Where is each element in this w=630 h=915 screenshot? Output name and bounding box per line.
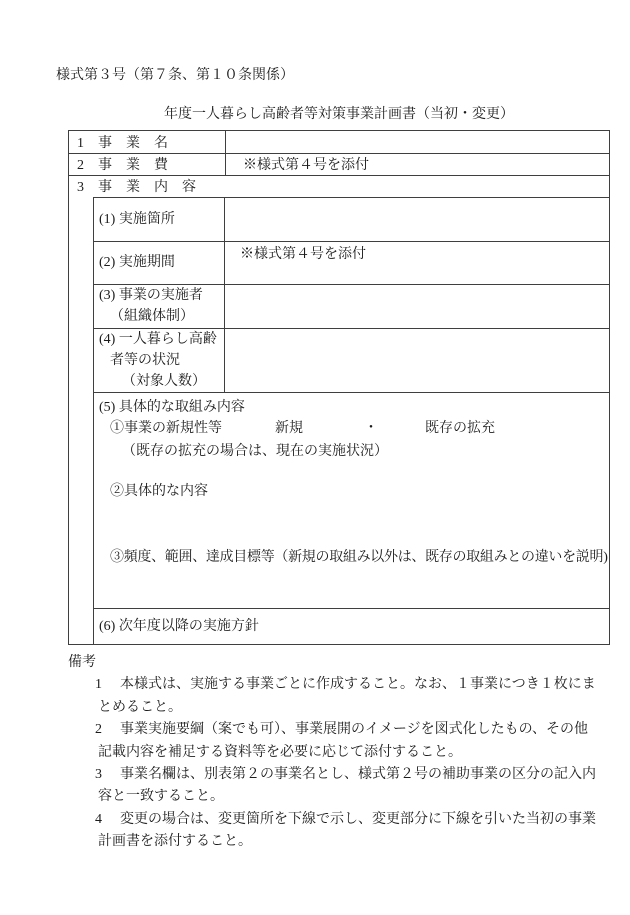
remark-4-line2: 計画書を添付すること。 xyxy=(98,831,608,853)
elderly-status-label-line3: （対象人数） xyxy=(99,371,224,392)
document-page: 様式第３号（第７条、第１０条関係） 年度一人暮らし高齢者等対策事業計画書（当初・… xyxy=(0,0,630,915)
subrow-elderly-status: (4) 一人暮らし高齢 者等の状況 （対象人数） xyxy=(94,328,609,392)
implementation-period-note: ※様式第４号を添付 xyxy=(225,242,609,285)
remark-4-number: 4 xyxy=(95,809,102,831)
business-cost-note: ※様式第４号を添付 xyxy=(226,154,609,175)
option-separator-dot: ・ xyxy=(364,419,378,439)
frequency-scope-goals-label: ③頻度、範囲、達成目標等（新規の取組み以外は、既存の取組みとの違いを説明) xyxy=(94,548,609,568)
document-title: 年度一人暮らし高齢者等対策事業計画書（当初・変更） xyxy=(68,105,610,125)
remark-4-line1: 変更の場合は、変更箇所を下線で示し、変更部分に下線を引いた当初の事業 xyxy=(120,809,608,831)
specific-initiatives-heading: (5) 具体的な取組み内容 xyxy=(94,393,609,418)
table-row-business-cost: 2 事 業 費 ※様式第４号を添付 xyxy=(69,153,609,175)
remark-1-line2: とめること。 xyxy=(98,697,608,719)
subrow-next-year-policy: (6) 次年度以降の実施方針 xyxy=(94,608,609,645)
subrow-specific-initiatives: (5) 具体的な取組み内容 ①事業の新規性等 新規 ・ 既存の拡充 （既存の拡充… xyxy=(94,392,609,608)
remark-item-4: 4 変更の場合は、変更箇所を下線で示し、変更部分に下線を引いた当初の事業 計画書… xyxy=(68,809,608,854)
business-content-body: (1) 実施箇所 (2) 実施期間 ※様式第４号を添付 (3) 事業の実施者 （… xyxy=(69,197,609,645)
remark-2-line2: 記載内容を補足する資料等を必要に応じて添付すること。 xyxy=(98,742,608,764)
elderly-status-label: (4) 一人暮らし高齢 者等の状況 （対象人数） xyxy=(94,329,225,392)
next-year-policy-label: (6) 次年度以降の実施方針 xyxy=(94,609,609,637)
table-row-business-name: 1 事 業 名 xyxy=(69,131,609,153)
remarks-heading: 備考 xyxy=(68,652,608,674)
remarks-section: 備考 1 本様式は、実施する事業ごとに作成すること。なお、１事業につき１枚にま … xyxy=(68,652,608,854)
specific-content-label: ②具体的な内容 xyxy=(94,482,609,502)
remark-1-line1: 本様式は、実施する事業ごとに作成すること。なお、１事業につき１枚にま xyxy=(120,674,608,696)
implementation-site-label: (1) 実施箇所 xyxy=(94,198,225,241)
implementation-site-field xyxy=(225,198,609,241)
elderly-status-label-line1: (4) 一人暮らし高齢 xyxy=(99,329,224,350)
implementation-period-label: (2) 実施期間 xyxy=(94,242,225,285)
remark-2-line1: 事業実施要綱（案でも可）、事業展開のイメージを図式化したもの、その他 xyxy=(120,719,608,741)
remark-item-3: 3 事業名欄は、別表第２の事業名とし、様式第２号の補助事業の区分の記入内 容と一… xyxy=(68,764,608,809)
form-number: 様式第３号（第７条、第１０条関係） xyxy=(56,66,294,86)
subrow-implementer: (3) 事業の実施者 （組織体制） xyxy=(94,284,609,328)
remark-2-number: 2 xyxy=(95,719,102,741)
business-plan-table: 1 事 業 名 2 事 業 費 ※様式第４号を添付 3 事 業 内 容 (1) … xyxy=(68,130,610,645)
table-row-business-content-header: 3 事 業 内 容 xyxy=(69,175,609,197)
remark-1-number: 1 xyxy=(95,674,102,696)
novelty-label: ①事業の新規性等 xyxy=(110,421,222,436)
implementer-label-line2: （組織体制） xyxy=(99,306,224,327)
business-content-subtable: (1) 実施箇所 (2) 実施期間 ※様式第４号を添付 (3) 事業の実施者 （… xyxy=(93,197,609,645)
elderly-status-field xyxy=(225,329,609,392)
novelty-line: ①事業の新規性等 新規 ・ 既存の拡充 xyxy=(94,419,609,439)
implementer-label: (3) 事業の実施者 （組織体制） xyxy=(94,285,225,328)
subrow-implementation-site: (1) 実施箇所 xyxy=(94,198,609,241)
remark-3-line1: 事業名欄は、別表第２の事業名とし、様式第２号の補助事業の区分の記入内 xyxy=(120,764,608,786)
business-cost-label: 2 事 業 費 xyxy=(69,154,226,175)
business-name-label: 1 事 業 名 xyxy=(69,131,226,153)
row-number-gutter xyxy=(69,197,93,645)
option-existing-expansion: 既存の拡充 xyxy=(425,419,495,439)
business-name-field xyxy=(226,131,609,153)
remark-3-number: 3 xyxy=(95,764,102,786)
elderly-status-label-line2: 者等の状況 xyxy=(99,350,224,371)
option-new: 新規 xyxy=(275,419,303,439)
business-content-label: 3 事 業 内 容 xyxy=(77,176,196,196)
implementer-label-line1: (3) 事業の実施者 xyxy=(99,285,224,306)
remark-3-line2: 容と一致すること。 xyxy=(98,786,608,808)
remark-item-1: 1 本様式は、実施する事業ごとに作成すること。なお、１事業につき１枚にま とめる… xyxy=(68,674,608,719)
subrow-implementation-period: (2) 実施期間 ※様式第４号を添付 xyxy=(94,241,609,285)
remark-item-2: 2 事業実施要綱（案でも可）、事業展開のイメージを図式化したもの、その他 記載内… xyxy=(68,719,608,764)
implementer-field xyxy=(225,285,609,328)
existing-expansion-note: （既存の拡充の場合は、現在の実施状況） xyxy=(94,442,609,462)
